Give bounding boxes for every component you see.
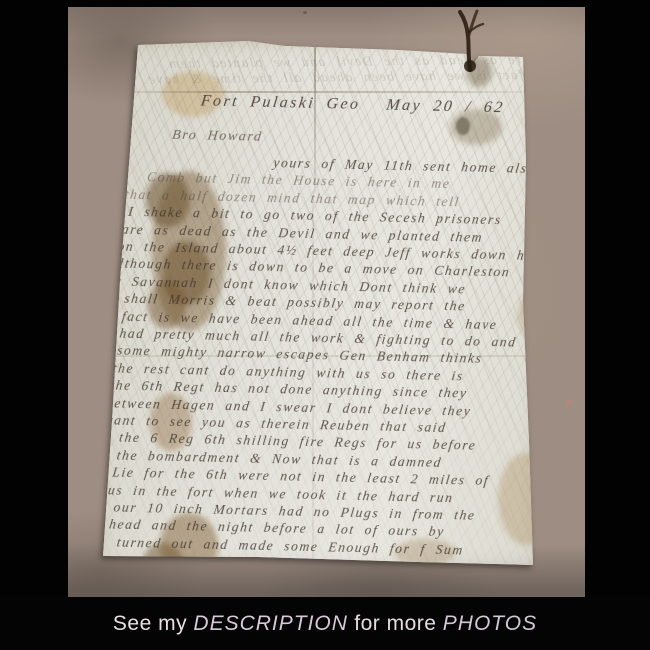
cardboard-backdrop: are as dead as the Devil and we planted … [68,7,585,597]
letter-dateline-place: Fort Pulaski Geo [200,92,362,113]
caption-segment-1: See my [113,612,194,636]
bleedthrough-line: fact is we have been ahead all the time … [147,67,524,88]
caption-segment-3: for more [348,612,443,636]
cardboard-speck [303,11,307,14]
handwritten-letter: are as dead as the Devil and we planted … [98,41,538,569]
letter-script: are as dead as the Devil and we planted … [86,40,538,578]
listing-photo: are as dead as the Devil and we planted … [0,0,650,650]
cardboard-blemish [566,400,572,405]
caption-banner: See my DESCRIPTION for more PHOTOS [0,597,650,650]
letter-dateline: Fort Pulaski GeoMay 20 / 62 [200,92,506,117]
caption-segment-4: PHOTOS [443,612,537,636]
letter-salutation: Bro Howard [171,128,263,146]
caption-segment-2: DESCRIPTION [193,612,348,636]
letter-shadow-wrap: are as dead as the Devil and we planted … [68,7,585,597]
letter-body: yours of May 11th sent home alsoComb but… [98,40,538,50]
letter-dateline-date: May 20 / 62 [385,97,505,117]
